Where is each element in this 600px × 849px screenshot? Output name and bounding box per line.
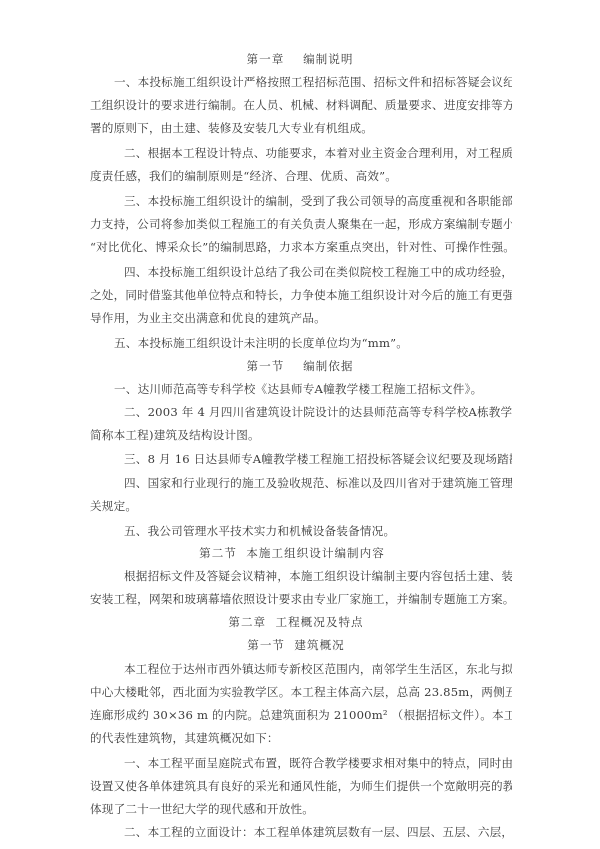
point-1-line-3: 体现了二十一世纪大学的现代感和开放性。 bbox=[90, 801, 512, 817]
basis-item-3: 三、8 月 16 日达县师专A幢教学楼工程施工招投标答疑会议纪要及现场踏勘情况。 bbox=[124, 451, 512, 467]
paragraph-3-line-3: “对比优化、博采众长”的编制思路，力求本方案重点突出，针对性、可操作性强。 bbox=[90, 239, 512, 255]
content-line-2: 安装工程，网架和玻璃幕墙依照设计要求由专业厂家施工，并编制专题施工方案。 bbox=[90, 591, 512, 607]
paragraph-2-line-2: 度责任感，我们的编制原则是“经济、合理、优质、高效”。 bbox=[90, 168, 512, 184]
paragraph-1-line-3: 署的原则下，由土建、装修及安装几大专业有机组成。 bbox=[90, 120, 512, 136]
paragraph-2-line-1: 二、根据本工程设计特点、功能要求，本着对业主资金合理利用，对工程质量的高 bbox=[124, 145, 512, 161]
paragraph-4-line-1: 四、本投标施工组织设计总结了我公司在类似院校工程施工中的成功经验，克服不足 bbox=[124, 264, 512, 280]
point-1-line-1: 一、本工程平面呈庭院式布置，既符合教学楼要求相对集中的特点，同时由于中庭的 bbox=[124, 755, 512, 771]
chapter-2-section-1-title: 第一节 建筑概况 bbox=[0, 637, 596, 653]
paragraph-5-line-1: 五、本投标施工组织设计未注明的长度单位均为“mm”。 bbox=[114, 335, 512, 351]
chapter-2-title: 第二章 工程概况及特点 bbox=[0, 614, 596, 630]
overview-line-3: 连廊形成约 30×36 m 的内院。总建筑面积为 21000m² （根据招标文件… bbox=[90, 707, 512, 723]
content-line-1: 根据招标文件及答疑会议精神，本施工组织设计编制主要内容包括土建、装饰装修及 bbox=[124, 568, 512, 584]
basis-item-1: 一、达川师范高等专科学校《达县师专A幢教学楼工程施工招标文件》。 bbox=[114, 381, 512, 397]
basis-item-4-line-2: 关规定。 bbox=[90, 498, 512, 514]
basis-item-2-line-1: 二、2003 年 4 月四川省建筑设计院设计的达县师范高等专科学校A栋教学楼(以… bbox=[124, 404, 512, 420]
chapter-1-title: 第一章 编制说明 bbox=[0, 51, 600, 67]
basis-item-2-line-2: 简称本工程)建筑及结构设计图。 bbox=[90, 427, 512, 443]
basis-item-4-line-1: 四、国家和行业现行的施工及验收规范、标准以及四川省对于建筑施工管理条例有 bbox=[124, 475, 512, 491]
paragraph-1-line-2: 工组织设计的要求进行编制。在人员、机械、材料调配、质量要求、进度安排等方面统一部 bbox=[90, 97, 512, 113]
point-1-line-2: 设置又使各单体建筑具有良好的采光和通风性能，为师生们提供一个宽敞明亮的教学环境， bbox=[90, 778, 512, 794]
overview-line-1: 本工程位于达州市西外镇达师专新校区范围内，南邻学生生活区，东北与拟建的信息 bbox=[124, 661, 512, 677]
paragraph-4-line-3: 导作用，为业主交出满意和优良的建筑产品。 bbox=[90, 310, 512, 326]
point-2-line-1: 二、本工程的立面设计：本工程单体建筑层数有一层、四层、五层、六层，使教学楼 bbox=[124, 824, 512, 840]
section-1-title: 第一节 编制依据 bbox=[0, 358, 600, 374]
overview-line-4: 的代表性建筑物，其建筑概况如下： bbox=[90, 730, 512, 746]
basis-item-5: 五、我公司管理水平技术实力和机械设备装备情况。 bbox=[124, 523, 512, 539]
paragraph-3-line-1: 三、本投标施工组织设计的编制，受到了我公司领导的高度重视和各职能部门的大 bbox=[124, 193, 512, 209]
overview-line-2: 中心大楼毗邻，西北面为实验教学区。本工程主体高六层，总高 23.85m，两侧五层… bbox=[90, 684, 512, 700]
paragraph-4-line-2: 之处，同时借鉴其他单位特点和特长，力争使本施工组织设计对今后的施工有更强更优的指 bbox=[90, 287, 512, 303]
document-page: 第一章 编制说明 一、本投标施工组织设计严格按照工程招标范围、招标文件和招标答疑… bbox=[0, 0, 600, 849]
paragraph-3-line-2: 力支持，公司将参加类似工程施工的有关负责人聚集在一起，形成方案编制专题小组，采用 bbox=[90, 216, 512, 232]
section-2-title: 第二节 本施工组织设计编制内容 bbox=[0, 545, 592, 561]
paragraph-1-line-1: 一、本投标施工组织设计严格按照工程招标范围、招标文件和招标答疑会议纪要对施 bbox=[114, 74, 512, 90]
